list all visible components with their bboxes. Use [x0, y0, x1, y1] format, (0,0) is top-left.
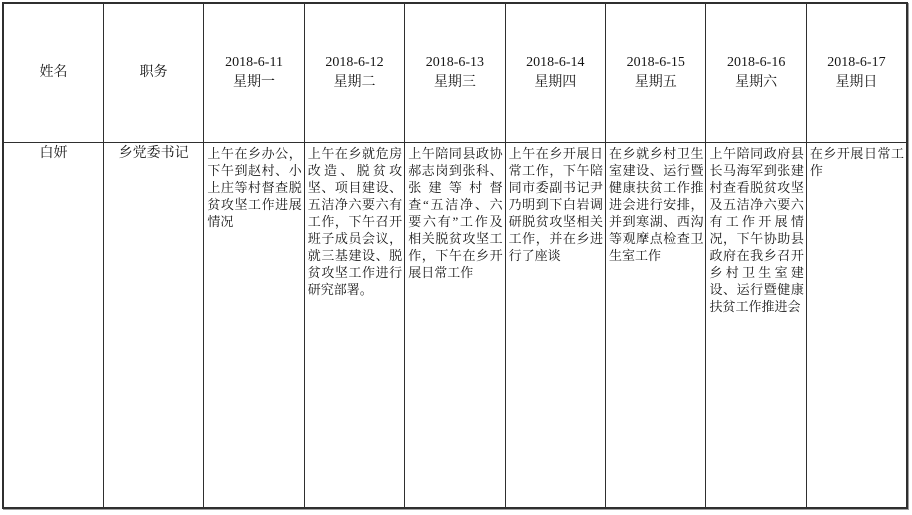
header-day-sunday: 2018-6-17 星期日: [806, 3, 907, 142]
schedule-cell-sunday: 在乡开展日常工作: [806, 142, 907, 508]
schedule-cell-wednesday: 上午陪同县政协郝志岗到张科、张建等村督查“五洁净、六要六有”工作及相关脱贫攻坚工…: [405, 142, 505, 508]
header-day-wednesday: 2018-6-13 星期三: [405, 3, 505, 142]
header-day-monday: 2018-6-11 星期一: [204, 3, 304, 142]
weekday-label: 星期三: [405, 73, 504, 93]
schedule-cell-tuesday: 上午在乡就危房改造、脱贫攻坚、项目建设、五洁净六要六有工作，下午召开班子成员会议…: [304, 142, 404, 508]
weekly-schedule-table: 姓名 职务 2018-6-11 星期一 2018-6-12 星期二 2018-6…: [2, 2, 908, 509]
date-label: 2018-6-13: [405, 53, 504, 73]
date-label: 2018-6-16: [706, 53, 805, 73]
date-label: 2018-6-17: [807, 53, 906, 73]
header-day-thursday: 2018-6-14 星期四: [505, 3, 605, 142]
header-day-friday: 2018-6-15 星期五: [606, 3, 706, 142]
weekday-label: 星期二: [305, 73, 404, 93]
table-row: 白妍 乡党委书记 上午在乡办公，下午到赵村、小上庄等村督查脱贫攻坚工作进展情况 …: [3, 142, 907, 508]
person-position-cell: 乡党委书记: [103, 142, 203, 508]
header-row: 姓名 职务 2018-6-11 星期一 2018-6-12 星期二 2018-6…: [3, 3, 907, 142]
weekday-label: 星期四: [506, 73, 605, 93]
weekly-schedule-sheet: 姓名 职务 2018-6-11 星期一 2018-6-12 星期二 2018-6…: [2, 2, 908, 509]
schedule-cell-thursday: 上午在乡开展日常工作，下午陪同市委副书记尹乃明到下白岩调研脱贫攻坚相关工作，并在…: [505, 142, 605, 508]
date-label: 2018-6-14: [506, 53, 605, 73]
date-label: 2018-6-11: [204, 53, 303, 73]
date-label: 2018-6-15: [606, 53, 705, 73]
weekday-label: 星期六: [706, 73, 805, 93]
header-day-saturday: 2018-6-16 星期六: [706, 3, 806, 142]
weekday-label: 星期一: [204, 73, 303, 93]
person-name-cell: 白妍: [3, 142, 103, 508]
weekday-label: 星期日: [807, 73, 906, 93]
header-position: 职务: [103, 3, 203, 142]
header-position-label: 职务: [140, 65, 168, 80]
schedule-cell-monday: 上午在乡办公，下午到赵村、小上庄等村督查脱贫攻坚工作进展情况: [204, 142, 304, 508]
header-name-label: 姓名: [39, 65, 67, 80]
date-label: 2018-6-12: [305, 53, 404, 73]
weekday-label: 星期五: [606, 73, 705, 93]
header-day-tuesday: 2018-6-12 星期二: [304, 3, 404, 142]
schedule-cell-friday: 在乡就乡村卫生室建设、运行暨健康扶贫工作推进会进行安排，并到寒湖、西沟等观摩点检…: [606, 142, 706, 508]
schedule-cell-saturday: 上午陪同政府县长马海军到张建村查看脱贫攻坚及五洁净六要六有工作开展情况，下午协助…: [706, 142, 806, 508]
header-name: 姓名: [3, 3, 103, 142]
